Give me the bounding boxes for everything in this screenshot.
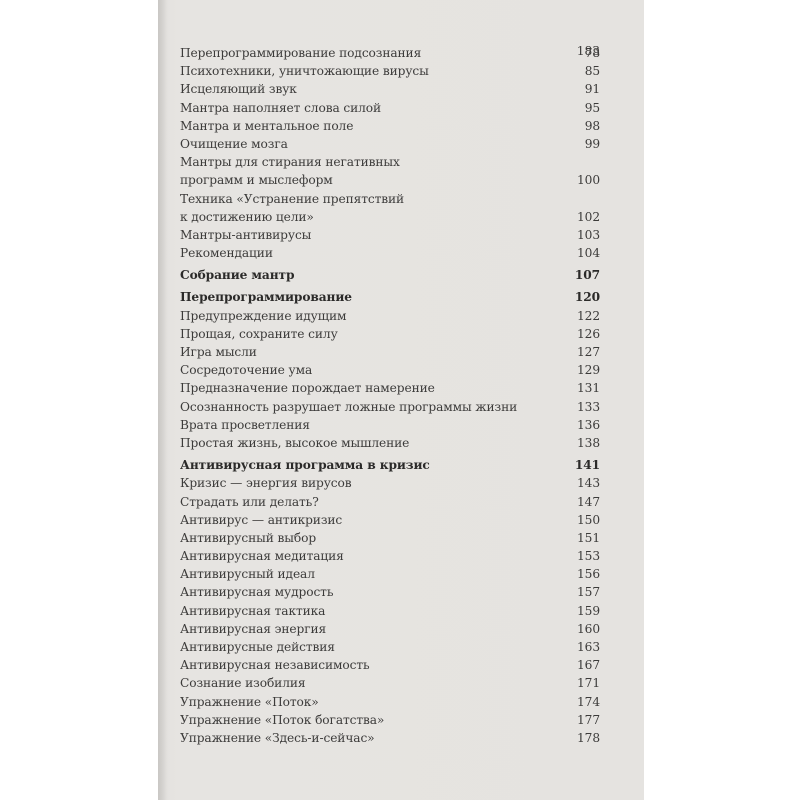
toc-entry: Перепрограммирование подсознания78 bbox=[180, 44, 600, 62]
toc-entry: Врата просветления136 bbox=[180, 416, 600, 434]
toc-entry: Сосредоточение ума129 bbox=[180, 361, 600, 379]
toc-entry-page-number: 178 bbox=[560, 729, 600, 747]
toc-entry-page-number: 163 bbox=[560, 638, 600, 656]
toc-entry-page-number: 91 bbox=[560, 80, 600, 98]
toc-entry-page-number: 177 bbox=[560, 711, 600, 729]
toc-entry: Сознание изобилия171 bbox=[180, 674, 600, 692]
toc-entry: Техника «Устранение препятствий к достиж… bbox=[180, 190, 600, 226]
toc-entry-page-number: 107 bbox=[560, 266, 600, 284]
toc-entry-page-number: 174 bbox=[560, 693, 600, 711]
toc-entry-title: Собрание мантр bbox=[180, 266, 294, 284]
toc-entry-title: Сознание изобилия bbox=[180, 674, 305, 692]
toc-entry: Предупреждение идущим122 bbox=[180, 307, 600, 325]
toc-entry-title: Осознанность разрушает ложные программы … bbox=[180, 398, 517, 416]
toc-entry-title: Антивирусная мудрость bbox=[180, 583, 333, 601]
toc-entry-title: Антивирусная энергия bbox=[180, 620, 326, 638]
toc-entry-title: Исцеляющий звук bbox=[180, 80, 297, 98]
toc-entry-title: Перепрограммирование подсознания bbox=[180, 44, 421, 62]
toc-entry-page-number: 150 bbox=[560, 511, 600, 529]
toc-entry-page-number: 147 bbox=[560, 493, 600, 511]
toc-entry-page-number: 157 bbox=[560, 583, 600, 601]
toc-entry-page-number: 98 bbox=[560, 117, 600, 135]
toc-entry-title: Рекомендации bbox=[180, 244, 273, 262]
toc-entry-page-number: 100 bbox=[560, 171, 600, 189]
toc-entry-title: Антивирус — антикризис bbox=[180, 511, 342, 529]
toc-entry: Простая жизнь, высокое мышление138 bbox=[180, 434, 600, 452]
toc-entry-title: Антивирусная программа в кризис bbox=[180, 456, 430, 474]
toc-section-heading: Собрание мантр107 bbox=[180, 266, 600, 284]
toc-entry-title: Упражнение «Здесь-и-сейчас» bbox=[180, 729, 375, 747]
toc-entry-title: Кризис — энергия вирусов bbox=[180, 474, 352, 492]
toc-entry: Антивирусные действия163 bbox=[180, 638, 600, 656]
toc-entry: Антивирусный идеал156 bbox=[180, 565, 600, 583]
toc-entry: Упражнение «Здесь-и-сейчас»178 bbox=[180, 729, 600, 747]
toc-entry-title: Мантры-антивирусы bbox=[180, 226, 311, 244]
toc-entry-page-number: 78 bbox=[560, 44, 600, 62]
toc-entry-page-number: 143 bbox=[560, 474, 600, 492]
toc-entry-title: Техника «Устранение препятствий к достиж… bbox=[180, 190, 404, 226]
toc-entry: Предназначение порождает намерение131 bbox=[180, 379, 600, 397]
toc-entry-page-number: 85 bbox=[560, 62, 600, 80]
toc-entry: Упражнение «Поток богатства»177 bbox=[180, 711, 600, 729]
toc-entry-title: Врата просветления bbox=[180, 416, 310, 434]
toc-entry-title: Предназначение порождает намерение bbox=[180, 379, 435, 397]
toc-entry: Мантра и ментальное поле98 bbox=[180, 117, 600, 135]
toc-entry-page-number: 122 bbox=[560, 307, 600, 325]
toc-entry: Антивирусная тактика159 bbox=[180, 602, 600, 620]
toc-section-heading: Антивирусная программа в кризис141 bbox=[180, 456, 600, 474]
toc-entry: Прощая, сохраните силу126 bbox=[180, 325, 600, 343]
toc-entry-title: Простая жизнь, высокое мышление bbox=[180, 434, 409, 452]
toc-entry-page-number: 102 bbox=[560, 208, 600, 226]
toc-entry-page-number: 136 bbox=[560, 416, 600, 434]
toc-entry-page-number: 171 bbox=[560, 674, 600, 692]
toc-entry-page-number: 141 bbox=[560, 456, 600, 474]
toc-entry-title: Антивирусная независимость bbox=[180, 656, 370, 674]
toc-entry-page-number: 153 bbox=[560, 547, 600, 565]
toc-entry: Очищение мозга99 bbox=[180, 135, 600, 153]
toc-entry-title: Перепрограммирование bbox=[180, 288, 352, 306]
toc-entry: Антивирусный выбор151 bbox=[180, 529, 600, 547]
toc-entry: Кризис — энергия вирусов143 bbox=[180, 474, 600, 492]
toc-entry: Мантры для стирания негативных программ … bbox=[180, 153, 600, 189]
table-of-contents: Перепрограммирование подсознания78Психот… bbox=[180, 44, 600, 747]
toc-entry-page-number: 167 bbox=[560, 656, 600, 674]
toc-entry-title: Антивирусные действия bbox=[180, 638, 335, 656]
toc-entry-title: Сосредоточение ума bbox=[180, 361, 312, 379]
toc-section-heading: Перепрограммирование120 bbox=[180, 288, 600, 306]
toc-entry: Осознанность разрушает ложные программы … bbox=[180, 398, 600, 416]
toc-entry: Антивирусная мудрость157 bbox=[180, 583, 600, 601]
toc-entry: Психотехники, уничтожающие вирусы85 bbox=[180, 62, 600, 80]
toc-entry-page-number: 99 bbox=[560, 135, 600, 153]
toc-entry-title: Очищение мозга bbox=[180, 135, 288, 153]
toc-entry: Исцеляющий звук91 bbox=[180, 80, 600, 98]
toc-entry: Антивирусная энергия160 bbox=[180, 620, 600, 638]
toc-entry: Мантра наполняет слова силой95 bbox=[180, 99, 600, 117]
toc-entry-page-number: 159 bbox=[560, 602, 600, 620]
toc-entry-page-number: 131 bbox=[560, 379, 600, 397]
toc-entry-page-number: 126 bbox=[560, 325, 600, 343]
toc-entry-page-number: 120 bbox=[560, 288, 600, 306]
toc-entry-title: Антивирусная медитация bbox=[180, 547, 344, 565]
toc-entry: Страдать или делать?147 bbox=[180, 493, 600, 511]
toc-entry-title: Психотехники, уничтожающие вирусы bbox=[180, 62, 429, 80]
toc-entry: Антивирусная независимость167 bbox=[180, 656, 600, 674]
toc-entry-title: Мантры для стирания негативных программ … bbox=[180, 153, 400, 189]
toc-entry: Антивирус — антикризис150 bbox=[180, 511, 600, 529]
toc-entry: Мантры-антивирусы103 bbox=[180, 226, 600, 244]
toc-entry-title: Предупреждение идущим bbox=[180, 307, 346, 325]
toc-entry-page-number: 151 bbox=[560, 529, 600, 547]
toc-entry-title: Прощая, сохраните силу bbox=[180, 325, 338, 343]
toc-entry: Игра мысли127 bbox=[180, 343, 600, 361]
toc-entry-title: Антивирусный идеал bbox=[180, 565, 315, 583]
toc-entry-page-number: 104 bbox=[560, 244, 600, 262]
toc-entry-page-number: 156 bbox=[560, 565, 600, 583]
toc-entry: Антивирусная медитация153 bbox=[180, 547, 600, 565]
toc-entry-page-number: 127 bbox=[560, 343, 600, 361]
toc-entry-page-number: 95 bbox=[560, 99, 600, 117]
toc-entry-title: Антивирусная тактика bbox=[180, 602, 325, 620]
toc-entry-page-number: 103 bbox=[560, 226, 600, 244]
toc-entry: Упражнение «Поток»174 bbox=[180, 693, 600, 711]
toc-entry-title: Игра мысли bbox=[180, 343, 257, 361]
toc-entry-page-number: 160 bbox=[560, 620, 600, 638]
toc-entry-title: Упражнение «Поток» bbox=[180, 693, 319, 711]
toc-entry-title: Страдать или делать? bbox=[180, 493, 319, 511]
toc-entry-title: Упражнение «Поток богатства» bbox=[180, 711, 384, 729]
toc-entry-title: Антивирусный выбор bbox=[180, 529, 316, 547]
toc-entry-page-number: 138 bbox=[560, 434, 600, 452]
toc-entry-page-number: 129 bbox=[560, 361, 600, 379]
toc-entry-page-number: 133 bbox=[560, 398, 600, 416]
toc-entry: Рекомендации104 bbox=[180, 244, 600, 262]
toc-entry-title: Мантра и ментальное поле bbox=[180, 117, 353, 135]
toc-entry-title: Мантра наполняет слова силой bbox=[180, 99, 381, 117]
